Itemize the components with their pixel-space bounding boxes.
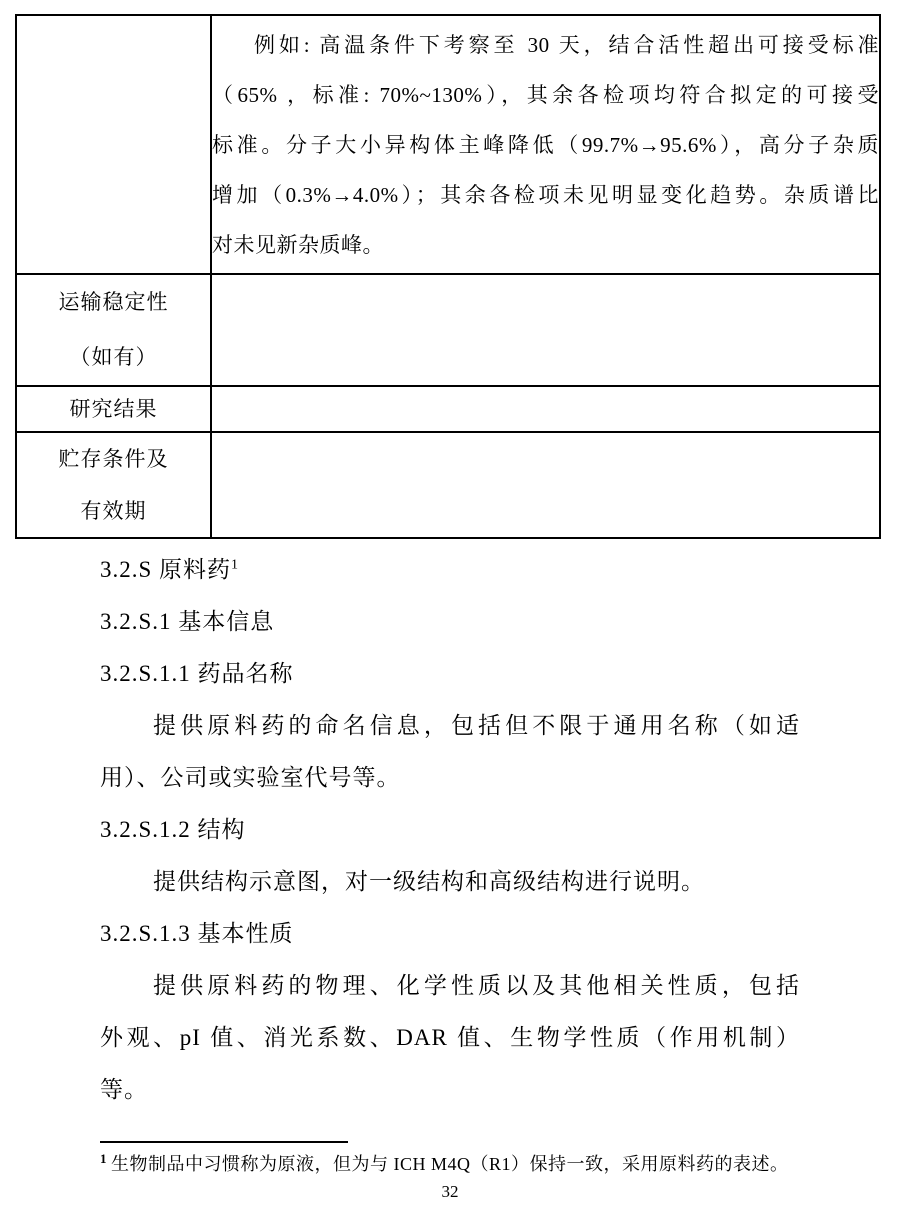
study-results-label-cell: 研究结果 [16, 386, 211, 432]
document-body: 3.2.S 原料药1 3.2.S.1 基本信息 3.2.S.1.1 药品名称 提… [100, 544, 800, 1116]
paragraph-naming-line-1: 提供原料药的命名信息，包括但不限于通用名称（如适 [100, 700, 800, 752]
footnote-marker: 1 [100, 1151, 107, 1166]
example-row-content-cell: 例如: 高温条件下考察至 30 天，结合活性超出可接受标准 （65% ，标准: … [211, 15, 880, 274]
page-number: 32 [0, 1182, 900, 1202]
paragraph-properties-line-2: 外观、pI 值、消光系数、DAR 值、生物学性质（作用机制） [100, 1012, 800, 1064]
storage-condition-label-line-1: 贮存条件及 [17, 433, 210, 485]
table-row-study-results: 研究结果 [16, 386, 880, 432]
example-line-5: 对未见新杂质峰。 [212, 220, 879, 270]
transport-stability-label-line-2: （如有） [17, 330, 210, 385]
paragraph-naming-line-2: 用）、公司或实验室代号等。 [100, 752, 800, 804]
footnote: 1生物制品中习惯称为原液，但为与 ICH M4Q（R1）保持一致，采用原料药的表… [100, 1151, 860, 1177]
example-line-1: 例如: 高温条件下考察至 30 天，结合活性超出可接受标准 [212, 20, 879, 70]
storage-condition-label-cell: 贮存条件及 有效期 [16, 432, 211, 538]
heading-3-2-s-footnote-ref: 1 [231, 557, 238, 572]
table-row-storage-condition: 贮存条件及 有效期 [16, 432, 880, 538]
transport-stability-value-cell [211, 274, 880, 386]
transport-stability-label-line-1: 运输稳定性 [17, 275, 210, 330]
heading-3-2-s: 3.2.S 原料药1 [100, 544, 800, 596]
example-line-4: 增加（0.3%→4.0%）；其余各检项未见明显变化趋势。杂质谱比 [212, 170, 879, 220]
example-row-label-cell [16, 15, 211, 274]
heading-3-2-s-1: 3.2.S.1 基本信息 [100, 596, 800, 648]
example-line-3: 标准。分子大小异构体主峰降低（99.7%→95.6%），高分子杂质 [212, 120, 879, 170]
table-row-transport-stability: 运输稳定性 （如有） [16, 274, 880, 386]
heading-3-2-s-1-3: 3.2.S.1.3 基本性质 [100, 908, 800, 960]
footnote-text: 生物制品中习惯称为原液，但为与 ICH M4Q（R1）保持一致，采用原料药的表述… [111, 1154, 789, 1174]
heading-3-2-s-1-1: 3.2.S.1.1 药品名称 [100, 648, 800, 700]
paragraph-properties-line-1: 提供原料药的物理、化学性质以及其他相关性质，包括 [100, 960, 800, 1012]
paragraph-structure-line-1: 提供结构示意图，对一级结构和高级结构进行说明。 [100, 856, 800, 908]
stability-table: 例如: 高温条件下考察至 30 天，结合活性超出可接受标准 （65% ，标准: … [15, 14, 881, 539]
heading-3-2-s-1-2: 3.2.S.1.2 结构 [100, 804, 800, 856]
footnote-separator [100, 1141, 348, 1143]
paragraph-properties-line-3: 等。 [100, 1064, 800, 1116]
heading-3-2-s-text: 3.2.S 原料药 [100, 557, 231, 582]
example-line-2: （65% ，标准: 70%~130%），其余各检项均符合拟定的可接受 [212, 70, 879, 120]
study-results-value-cell [211, 386, 880, 432]
storage-condition-label-line-2: 有效期 [17, 485, 210, 537]
table-row-example: 例如: 高温条件下考察至 30 天，结合活性超出可接受标准 （65% ，标准: … [16, 15, 880, 274]
document-page: 例如: 高温条件下考察至 30 天，结合活性超出可接受标准 （65% ，标准: … [0, 0, 900, 1222]
transport-stability-label-cell: 运输稳定性 （如有） [16, 274, 211, 386]
storage-condition-value-cell [211, 432, 880, 538]
